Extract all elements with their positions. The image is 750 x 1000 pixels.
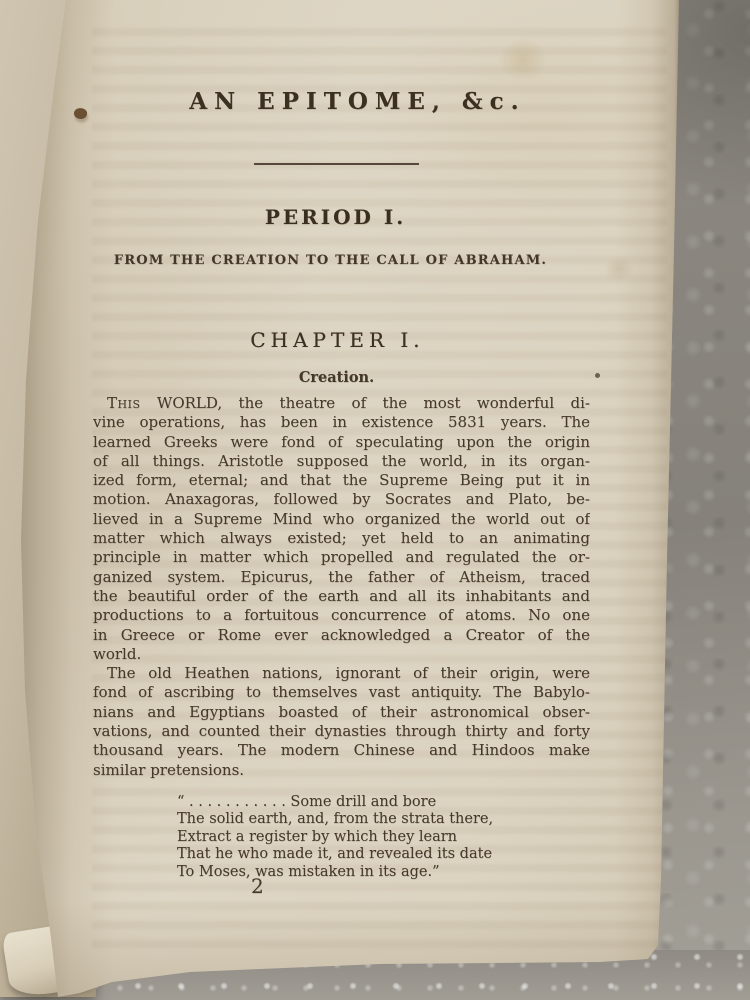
text-line: similar pretensions. [93,761,590,780]
paper-speck [595,373,600,378]
book-page: AN EPITOME, &c. PERIOD I. FROM THE CREAT… [0,0,750,1000]
text-line: nians and Egyptians boasted of their ast… [93,703,590,722]
page-edge-shading [615,0,681,1000]
text-line: Extract a register by which they learn [177,829,590,847]
text-line: fond of ascribing to themselves vast ant… [93,683,590,702]
chapter-heading: CHAPTER I. [89,327,586,353]
text-line: The solid earth, and, from the strata th… [177,811,590,829]
page-title: AN EPITOME, &c. [109,87,606,117]
text-line: “ . . . . . . . . . . . Some drill and b… [177,794,590,812]
text-line: The old Heathen nations, ignorant of the… [93,664,590,683]
text-line: vations, and counted their dynasties thr… [93,722,590,741]
text-line: of all things. Aristotle supposed the wo… [93,452,590,471]
photo-background: AN EPITOME, &c. PERIOD I. FROM THE CREAT… [0,0,750,1000]
period-subheading: FROM THE CREATION TO THE CALL OF ABRAHAM… [82,252,579,269]
text-line: thousand years. The modern Chinese and H… [93,741,590,760]
period-heading: PERIOD I. [87,204,584,230]
body-text: This WORLD, the theatre of the most wond… [93,394,590,780]
text-line: ized form, eternal; and that the Supreme… [93,471,590,490]
text-line: productions to a fortuitous concurrence … [93,606,590,625]
poem-block: “ . . . . . . . . . . . Some drill and b… [177,794,590,882]
chapter-subtitle: Creation. [88,369,585,387]
text-line: matter which always existed; yet held to… [93,529,590,548]
text-line: in Greece or Rome ever acknowledged a Cr… [93,626,590,645]
text-line: That he who made it, and revealed its da… [177,846,590,864]
text-line: principle in matter which propelled and … [93,548,590,567]
text-line: vine operations, has been in existence 5… [93,413,590,432]
page-content: AN EPITOME, &c. PERIOD I. FROM THE CREAT… [93,0,590,897]
text-line: world. [93,645,590,664]
section-rule [254,163,419,165]
text-line: learned Greeks were fond of speculating … [93,433,590,452]
text-line: ganized system. Epicurus, the father of … [93,568,590,587]
text-line: lieved in a Supreme Mind who organized t… [93,510,590,529]
paper-stain [604,256,634,282]
text-line: the beautiful order of the earth and all… [93,587,590,606]
text-line: This WORLD, the theatre of the most wond… [93,394,590,413]
text-line: motion. Anaxagoras, followed by Socrates… [93,490,590,509]
